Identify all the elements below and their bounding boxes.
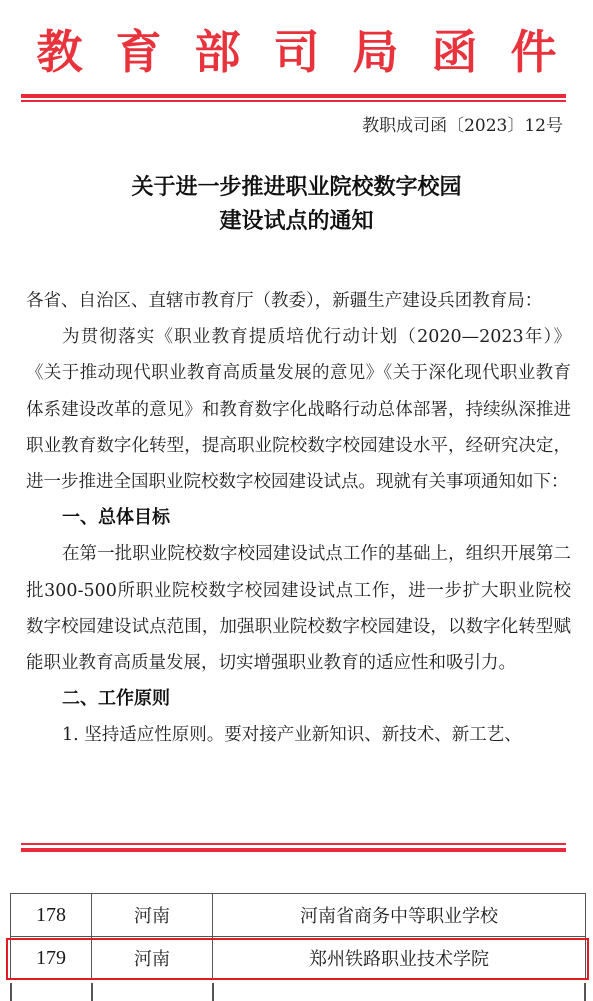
school-list-table: 178 河南 河南省商务中等职业学校 179 河南 郑州铁路职业技术学院 <box>10 893 585 980</box>
row-province: 河南 <box>92 894 213 937</box>
table-row: 178 河南 河南省商务中等职业学校 <box>11 894 586 937</box>
section-heading-goals: 一、总体目标 <box>26 500 571 536</box>
document-body: 各省、自治区、直辖市教育厅（教委），新疆生产建设兵团教育局： 为贯彻落实《职业教… <box>26 283 571 754</box>
table-gridline <box>212 983 214 1001</box>
masthead-rule-thick <box>21 94 566 98</box>
document-number: 教职成司函〔2023〕12号 <box>362 114 563 138</box>
intro-paragraph: 为贯彻落实《职业教育提质培优行动计划（2020—2023年）》《关于推动现代职业… <box>26 319 571 500</box>
row-number: 179 <box>11 937 92 980</box>
document-title-line-2: 建设试点的通知 <box>0 204 593 238</box>
row-school: 河南省商务中等职业学校 <box>213 894 586 937</box>
goals-paragraph: 在第一批职业院校数字校园建设试点工作的基础上，组织开展第二批300-500所职业… <box>26 536 571 681</box>
row-number: 178 <box>11 894 92 937</box>
table-gridline <box>584 983 586 1001</box>
masthead-rule-thin <box>21 100 566 102</box>
page-break-rule-thin <box>21 843 566 845</box>
masthead: 教育部司局函件 <box>0 22 593 82</box>
row-province: 河南 <box>92 937 213 980</box>
table-continuation <box>10 983 585 1001</box>
principle-item-1: 1. 坚持适应性原则。要对接产业新知识、新技术、新工艺、 <box>26 717 571 753</box>
salutation: 各省、自治区、直辖市教育厅（教委），新疆生产建设兵团教育局： <box>26 283 571 319</box>
table-gridline <box>91 983 93 1001</box>
table-row-highlighted: 179 河南 郑州铁路职业技术学院 <box>11 937 586 980</box>
document-title: 关于进一步推进职业院校数字校园 建设试点的通知 <box>0 170 593 238</box>
table-gridline <box>10 983 12 1001</box>
row-school: 郑州铁路职业技术学院 <box>213 937 586 980</box>
page-break-rule-thick <box>21 848 566 852</box>
masthead-title: 教育部司局函件 <box>37 22 590 82</box>
section-heading-principles: 二、工作原则 <box>26 681 571 717</box>
document-title-line-1: 关于进一步推进职业院校数字校园 <box>0 170 593 204</box>
